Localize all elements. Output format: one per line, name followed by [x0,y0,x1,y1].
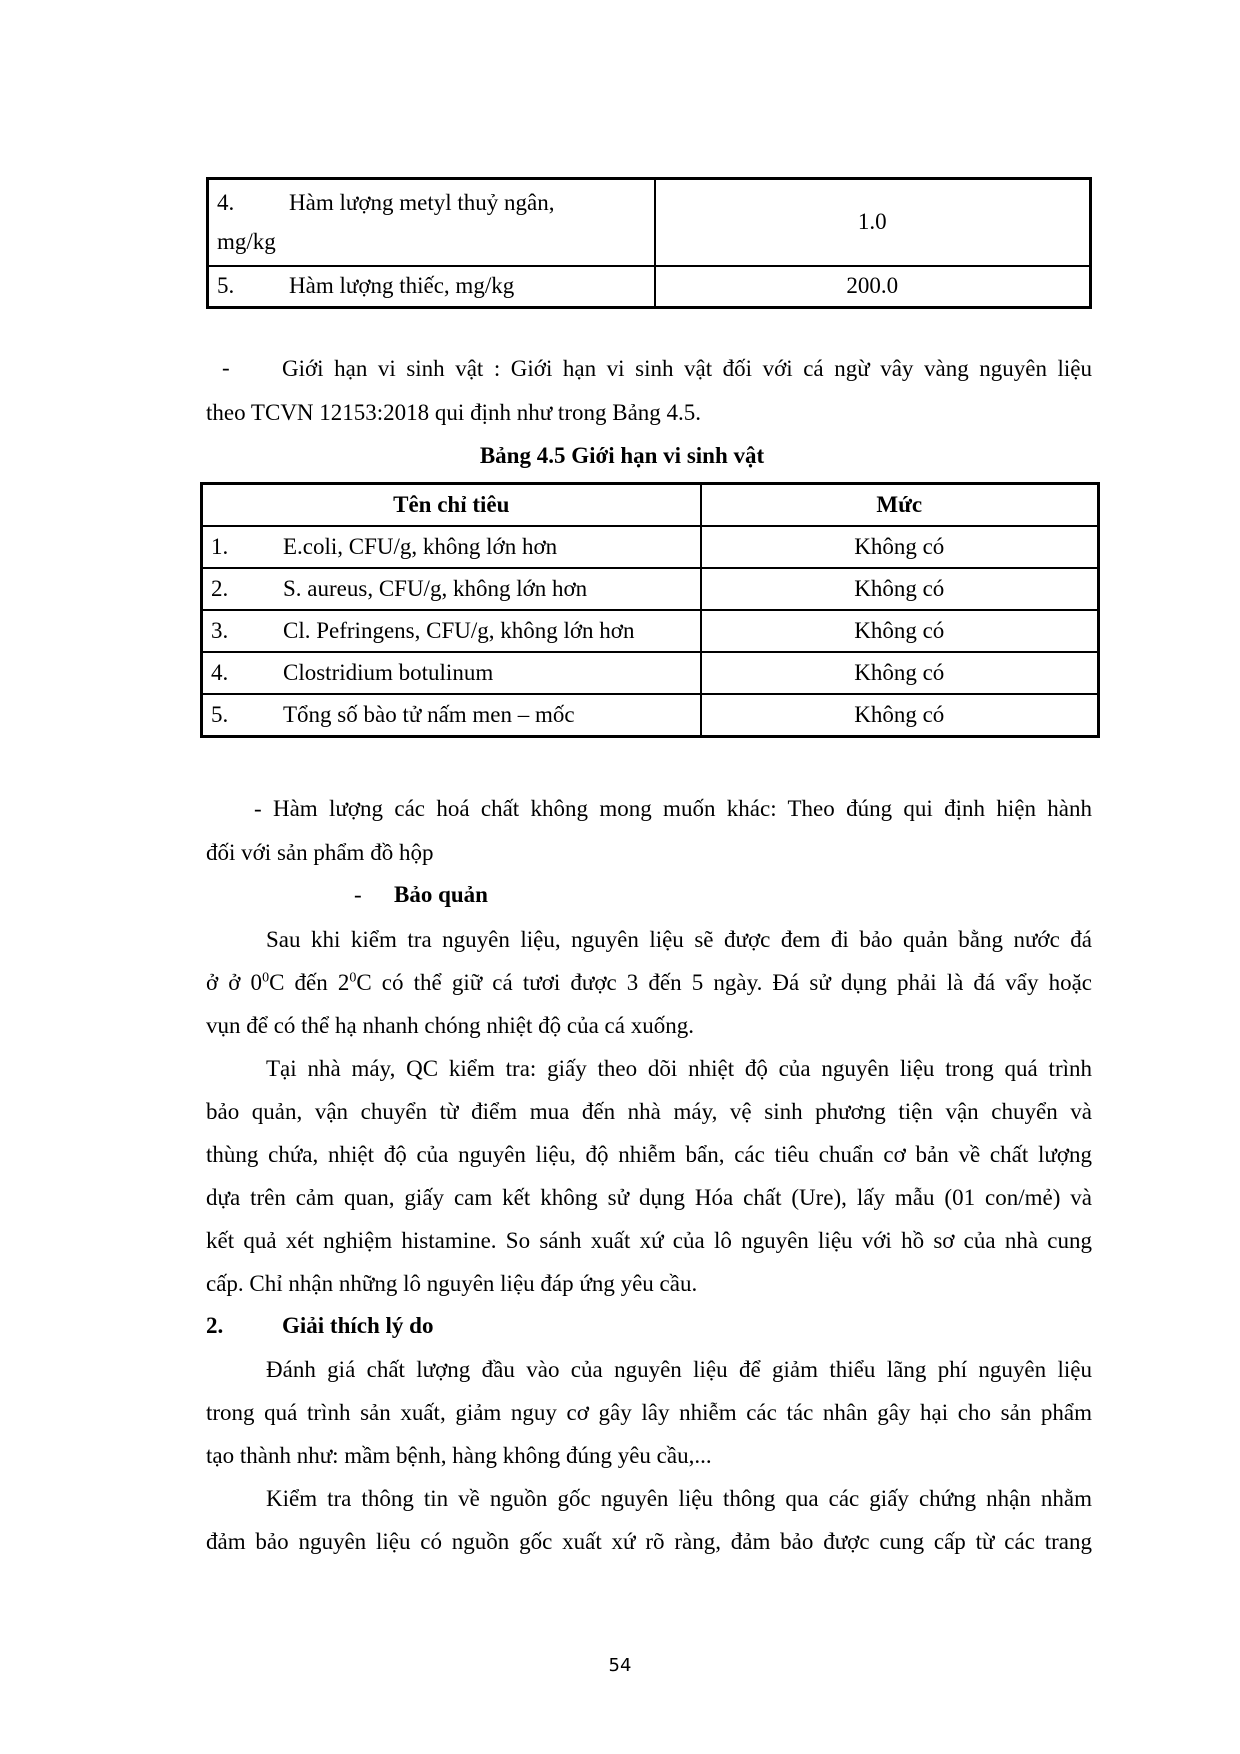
level-value: Không có [701,610,1099,652]
criterion-name: Tổng số bào tử nấm men – mốc [283,702,575,727]
criterion-unit: mg/kg [217,229,276,254]
criterion-name: Hàm lượng metyl thuỷ ngân, [289,190,554,215]
header-level: Mức [701,484,1099,527]
paragraph-line: vụn để có thể hạ nhanh chóng nhiệt độ củ… [206,1013,1092,1039]
row-number: 5. [211,702,283,728]
criterion-name: S. aureus, CFU/g, không lớn hơn [283,576,587,601]
heavy-metal-table-continued: 4.Hàm lượng metyl thuỷ ngân, mg/kg 1.0 5… [206,177,1092,309]
section-heading: Bảo quản [394,883,488,906]
paragraph-line: Tại nhà máy, QC kiểm tra: giấy theo dõi … [266,1056,1092,1082]
table-row: 3.Cl. Pefringens, CFU/g, không lớn hơn K… [202,610,1099,652]
section-heading: Giải thích lý do [282,1314,433,1337]
value-cell: 200.0 [655,266,1091,308]
bullet-dash: - [222,356,230,379]
row-number: 1. [211,534,283,560]
row-number: 4. [211,660,283,686]
paragraph-line: trong quá trình sản xuất, giảm nguy cơ g… [206,1400,1092,1426]
level-value: Không có [701,652,1099,694]
row-number: 2. [211,576,283,602]
paragraph-line: Kiểm tra thông tin về nguồn gốc nguyên l… [266,1486,1092,1512]
level-value: Không có [701,526,1099,568]
paragraph-line: cấp. Chỉ nhận những lô nguyên liệu đáp ứ… [206,1271,1092,1297]
table-row: 5.Tổng số bào tử nấm men – mốc Không có [202,694,1099,737]
criterion-cell: 5.Hàm lượng thiếc, mg/kg [208,266,655,308]
paragraph-line: bảo quản, vận chuyển từ điểm mua đến nhà… [206,1099,1092,1125]
bullet-dash: - [354,883,362,906]
paragraph-line: Giới hạn vi sinh vật : Giới hạn vi sinh … [282,356,1092,382]
table-row: 4.Clostridium botulinum Không có [202,652,1099,694]
level-value: Không có [701,694,1099,737]
value-cell: 1.0 [655,179,1091,266]
table-row: 2.S. aureus, CFU/g, không lớn hơn Không … [202,568,1099,610]
header-criterion: Tên chỉ tiêu [202,484,701,527]
paragraph-line: thùng chứa, nhiệt độ của nguyên liệu, độ… [206,1142,1092,1168]
criterion-name: Clostridium botulinum [283,660,493,685]
table-row: 1.E.coli, CFU/g, không lớn hơn Không có [202,526,1099,568]
table-row: 4.Hàm lượng metyl thuỷ ngân, mg/kg 1.0 [208,179,1091,266]
level-value: Không có [701,568,1099,610]
criterion-name: E.coli, CFU/g, không lớn hơn [283,534,557,559]
table-header-row: Tên chỉ tiêu Mức [202,484,1099,527]
paragraph-line: đối với sản phẩm đồ hộp [206,840,1092,866]
criterion-name: Cl. Pefringens, CFU/g, không lớn hơn [283,618,634,643]
table-caption: Bảng 4.5 Giới hạn vi sinh vật [2,444,1240,467]
paragraph-line: theo TCVN 12153:2018 qui định như trong … [206,400,1092,426]
paragraph-line: dựa trên cảm quan, giấy cam kết không sử… [206,1185,1092,1211]
paragraph-line: ở ở 00C đến 20C có thể giữ cá tươi được … [206,970,1092,996]
paragraph-line: Đánh giá chất lượng đầu vào của nguyên l… [266,1357,1092,1383]
page-number: 54 [0,1655,1240,1676]
microbial-limits-table: Tên chỉ tiêu Mức 1.E.coli, CFU/g, không … [200,482,1100,738]
paragraph-line: Sau khi kiểm tra nguyên liệu, nguyên liệ… [266,927,1092,953]
paragraph-line: - Hàm lượng các hoá chất không mong muốn… [254,796,1092,822]
paragraph-line: kết quả xét nghiệm histamine. So sánh xu… [206,1228,1092,1254]
paragraph-line: tạo thành như: mầm bệnh, hàng không đúng… [206,1443,1092,1469]
section-number: 2. [206,1314,223,1337]
row-number: 3. [211,618,283,644]
row-number: 5. [217,273,289,299]
paragraph-line: đảm bảo nguyên liệu có nguồn gốc xuất xứ… [206,1529,1092,1555]
row-number: 4. [217,183,289,222]
criterion-name: Hàm lượng thiếc, mg/kg [289,273,514,298]
table-row: 5.Hàm lượng thiếc, mg/kg 200.0 [208,266,1091,308]
criterion-cell: 4.Hàm lượng metyl thuỷ ngân, mg/kg [208,179,655,266]
